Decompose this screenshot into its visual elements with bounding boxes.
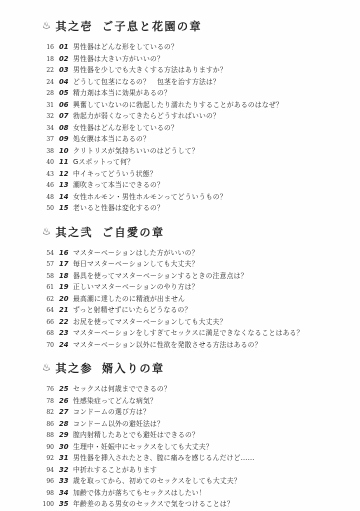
page-number: 32 xyxy=(42,111,54,123)
page-number: 96 xyxy=(42,476,54,488)
question-text: 潮吹きって本当にできるの？ xyxy=(73,180,164,192)
question-text: Gスポットって何？ xyxy=(73,157,134,169)
teapot-icon: ♨ xyxy=(42,20,52,33)
chapter-section: ♨ 其之壱 ご子息と花園の章 16 01 男性器はどんな形をしているの？ 18 … xyxy=(42,20,344,215)
toc-row[interactable]: 82 27 コンドームの選び方は？ xyxy=(42,407,344,419)
question-number: 07 xyxy=(59,111,70,123)
toc-row[interactable]: 76 25 セックスは何歳までできるの？ xyxy=(42,384,344,396)
question-text: 精力剤は本当に効果があるの？ xyxy=(73,88,171,100)
question-text: 生理中・妊娠中にセックスをしても大丈夫？ xyxy=(73,442,213,454)
page-number: 88 xyxy=(42,430,54,442)
question-number: 06 xyxy=(59,100,70,112)
question-number: 24 xyxy=(59,340,70,352)
toc-row[interactable]: 28 05 精力剤は本当に効果があるの？ xyxy=(42,88,344,100)
question-number: 17 xyxy=(59,259,70,271)
page-number: 50 xyxy=(42,203,54,215)
question-number: 15 xyxy=(59,203,70,215)
toc-row[interactable]: 62 20 最高潮に達したのに精液が出ません xyxy=(42,294,344,306)
page-number: 98 xyxy=(42,488,54,500)
toc-row[interactable]: 34 08 女性器はどんな形をしているの？ xyxy=(42,123,344,135)
question-number: 19 xyxy=(59,282,70,294)
toc-row[interactable]: 32 07 勃起力が弱くなってきたらどうすればいいの？ xyxy=(42,111,344,123)
page-number: 92 xyxy=(42,453,54,465)
question-text: 勃起力が弱くなってきたらどうすればいいの？ xyxy=(73,111,220,123)
toc-row[interactable]: 22 03 男性器を少しでも大きくする方法はありますか？ xyxy=(42,65,344,77)
page-number: 37 xyxy=(42,134,54,146)
toc-row[interactable]: 86 28 コンドーム以外の避妊法は？ xyxy=(42,419,344,431)
toc-row[interactable]: 98 34 加齢で体力が落ちてもセックスはしたい！ xyxy=(42,488,344,500)
page-number: 78 xyxy=(42,396,54,408)
question-text: 老いると性器は変化するの？ xyxy=(73,203,164,215)
toc-row[interactable]: 24 04 どうして包茎になるの？ 包茎を治す方法は？ xyxy=(42,77,344,89)
question-number: 25 xyxy=(59,384,70,396)
question-number: 26 xyxy=(59,396,70,408)
toc-row[interactable]: 100 35 年齢差のある男女のセックスで気をつけることは？ xyxy=(42,499,344,511)
page-number: 61 xyxy=(42,282,54,294)
table-of-contents: ♨ 其之壱 ご子息と花園の章 16 01 男性器はどんな形をしているの？ 18 … xyxy=(0,0,360,511)
chapter-header: ♨ 其之参 婿入りの章 xyxy=(42,362,344,375)
page-number: 24 xyxy=(42,77,54,89)
page-number: 40 xyxy=(42,157,54,169)
page-number: 62 xyxy=(42,294,54,306)
question-text: 正しいマスターベーションのやり方は？ xyxy=(73,282,199,294)
toc-row[interactable]: 94 32 中折れすることがあります xyxy=(42,465,344,477)
toc-row[interactable]: 57 17 毎日マスターベーションしても大丈夫？ xyxy=(42,259,344,271)
toc-row[interactable]: 31 06 興奮していないのに勃起したり濡れたりすることがあるのはなぜ？ xyxy=(42,100,344,112)
page-number: 66 xyxy=(42,317,54,329)
question-number: 09 xyxy=(59,134,70,146)
question-number: 18 xyxy=(59,271,70,283)
question-number: 33 xyxy=(59,476,70,488)
question-number: 02 xyxy=(59,54,70,66)
page-number: 16 xyxy=(42,42,54,54)
question-number: 12 xyxy=(59,169,70,181)
page-number: 94 xyxy=(42,465,54,477)
question-text: マスターベーション以外に性欲を発散させる方法はあるの？ xyxy=(73,340,262,352)
chapter-section: ♨ 其之弐 ご自愛の章 54 16 マスターベーションはした方がいいの？ 57 … xyxy=(42,226,344,352)
toc-row[interactable]: 37 09 処女膜は本当にあるの？ xyxy=(42,134,344,146)
toc-row[interactable]: 54 16 マスターベーションはした方がいいの？ xyxy=(42,248,344,260)
toc-row[interactable]: 78 26 性感染症ってどんな病気？ xyxy=(42,396,344,408)
question-list: 76 25 セックスは何歳までできるの？ 78 26 性感染症ってどんな病気？ … xyxy=(42,384,344,511)
question-number: 16 xyxy=(59,248,70,260)
question-number: 13 xyxy=(59,180,70,192)
question-number: 20 xyxy=(59,294,70,306)
question-text: 女性ホルモン・男性ホルモンってどういうもの？ xyxy=(73,192,227,204)
page-number: 48 xyxy=(42,192,54,204)
question-number: 28 xyxy=(59,419,70,431)
toc-row[interactable]: 66 22 お尻を使ってマスターベーションしても大丈夫？ xyxy=(42,317,344,329)
chapter-title: ご自愛の章 xyxy=(102,226,165,239)
question-number: 01 xyxy=(59,42,70,54)
teapot-icon: ♨ xyxy=(42,225,52,238)
question-number: 11 xyxy=(59,157,70,169)
question-list: 54 16 マスターベーションはした方がいいの？ 57 17 毎日マスターベーシ… xyxy=(42,248,344,352)
page-number: 18 xyxy=(42,54,54,66)
question-text: 男性器はどんな形をしているの？ xyxy=(73,42,178,54)
toc-row[interactable]: 70 24 マスターベーション以外に性欲を発散させる方法はあるの？ xyxy=(42,340,344,352)
page-number: 34 xyxy=(42,123,54,135)
question-text: コンドームの選び方は？ xyxy=(73,407,150,419)
toc-row[interactable]: 90 30 生理中・妊娠中にセックスをしても大丈夫？ xyxy=(42,442,344,454)
page-number: 22 xyxy=(42,65,54,77)
question-text: 性感染症ってどんな病気？ xyxy=(73,396,157,408)
toc-row[interactable]: 92 31 男性器を挿入されたとき、膣に痛みを感じるんだけど…… xyxy=(42,453,344,465)
page-number: 68 xyxy=(42,328,54,340)
page-number: 70 xyxy=(42,340,54,352)
question-text: 加齢で体力が落ちてもセックスはしたい！ xyxy=(73,488,206,500)
toc-row[interactable]: 58 18 器具を使ってマスターベーションするときの注意点は？ xyxy=(42,271,344,283)
chapter-part-label: 其之弐 xyxy=(55,226,93,239)
question-text: 興奮していないのに勃起したり濡れたりすることがあるのはなぜ？ xyxy=(73,100,283,112)
toc-row[interactable]: 96 33 歳を取ってから、初めてのセックスをしても大丈夫？ xyxy=(42,476,344,488)
toc-row[interactable]: 46 13 潮吹きって本当にできるの？ xyxy=(42,180,344,192)
question-text: 最高潮に達したのに精液が出ません xyxy=(73,294,185,306)
question-text: 中折れすることがあります xyxy=(73,465,157,477)
question-number: 08 xyxy=(59,123,70,135)
question-number: 21 xyxy=(59,305,70,317)
question-text: 男性器は大きい方がいいの？ xyxy=(73,54,164,66)
question-number: 32 xyxy=(59,465,70,477)
question-number: 03 xyxy=(59,65,70,77)
question-text: マスターベーションをしすぎてセックスに満足できなくなることはある？ xyxy=(73,328,304,340)
question-text: どうして包茎になるの？ 包茎を治す方法は？ xyxy=(73,77,220,89)
question-number: 35 xyxy=(59,499,70,511)
page-number: 64 xyxy=(42,305,54,317)
question-text: 膣内射精したあとでも避妊はできるの？ xyxy=(73,430,199,442)
question-number: 34 xyxy=(59,488,70,500)
question-text: 処女膜は本当にあるの？ xyxy=(73,134,150,146)
question-number: 04 xyxy=(59,77,70,89)
question-number: 29 xyxy=(59,430,70,442)
book-page: ♨ 其之壱 ご子息と花園の章 16 01 男性器はどんな形をしているの？ 18 … xyxy=(0,0,360,511)
page-number: 46 xyxy=(42,180,54,192)
page-number: 82 xyxy=(42,407,54,419)
page-number: 86 xyxy=(42,419,54,431)
toc-row[interactable]: 68 23 マスターベーションをしすぎてセックスに満足できなくなることはある？ xyxy=(42,328,344,340)
toc-row[interactable]: 88 29 膣内射精したあとでも避妊はできるの？ xyxy=(42,430,344,442)
toc-row[interactable]: 38 10 クリトリスが気持ちいいのはどうして？ xyxy=(42,146,344,158)
question-text: 中イキってどういう状態？ xyxy=(73,169,157,181)
question-number: 23 xyxy=(59,328,70,340)
question-number: 14 xyxy=(59,192,70,204)
toc-row[interactable]: 16 01 男性器はどんな形をしているの？ xyxy=(42,42,344,54)
toc-row[interactable]: 50 15 老いると性器は変化するの？ xyxy=(42,203,344,215)
question-text: クリトリスが気持ちいいのはどうして？ xyxy=(73,146,199,158)
page-number: 43 xyxy=(42,169,54,181)
chapter-section: ♨ 其之参 婿入りの章 76 25 セックスは何歳までできるの？ 78 26 性… xyxy=(42,362,344,511)
toc-row[interactable]: 64 21 ずっと射精せずにいたらどうなるの？ xyxy=(42,305,344,317)
question-list: 16 01 男性器はどんな形をしているの？ 18 02 男性器は大きい方がいいの… xyxy=(42,42,344,215)
toc-row[interactable]: 18 02 男性器は大きい方がいいの？ xyxy=(42,54,344,66)
question-text: 男性器を挿入されたとき、膣に痛みを感じるんだけど…… xyxy=(73,453,255,465)
question-text: 歳を取ってから、初めてのセックスをしても大丈夫？ xyxy=(73,476,241,488)
question-text: お尻を使ってマスターベーションしても大丈夫？ xyxy=(73,317,227,329)
question-text: 毎日マスターベーションしても大丈夫？ xyxy=(73,259,199,271)
question-text: ずっと射精せずにいたらどうなるの？ xyxy=(73,305,192,317)
question-text: コンドーム以外の避妊法は？ xyxy=(73,419,164,431)
chapter-part-label: 其之参 xyxy=(55,362,93,375)
page-number: 54 xyxy=(42,248,54,260)
page-number: 76 xyxy=(42,384,54,396)
page-number: 58 xyxy=(42,271,54,283)
toc-row[interactable]: 61 19 正しいマスターベーションのやり方は？ xyxy=(42,282,344,294)
toc-row[interactable]: 48 14 女性ホルモン・男性ホルモンってどういうもの？ xyxy=(42,192,344,204)
question-number: 05 xyxy=(59,88,70,100)
chapter-title: 婿入りの章 xyxy=(102,362,165,375)
question-text: 女性器はどんな形をしているの？ xyxy=(73,123,178,135)
question-number: 10 xyxy=(59,146,70,158)
chapter-part-label: 其之壱 xyxy=(55,20,93,33)
question-text: 器具を使ってマスターベーションするときの注意点は？ xyxy=(73,271,248,283)
question-text: 年齢差のある男女のセックスで気をつけることは？ xyxy=(73,499,234,511)
toc-row[interactable]: 43 12 中イキってどういう状態？ xyxy=(42,169,344,181)
page-number: 57 xyxy=(42,259,54,271)
question-text: セックスは何歳までできるの？ xyxy=(73,384,171,396)
page-number: 38 xyxy=(42,146,54,158)
question-number: 30 xyxy=(59,442,70,454)
page-number: 90 xyxy=(42,442,54,454)
question-text: 男性器を少しでも大きくする方法はありますか？ xyxy=(73,65,227,77)
question-number: 31 xyxy=(59,453,70,465)
page-number: 31 xyxy=(42,100,54,112)
toc-row[interactable]: 40 11 Gスポットって何？ xyxy=(42,157,344,169)
question-text: マスターベーションはした方がいいの？ xyxy=(73,248,199,260)
page-number: 28 xyxy=(42,88,54,100)
question-number: 27 xyxy=(59,407,70,419)
question-number: 22 xyxy=(59,317,70,329)
chapter-header: ♨ 其之壱 ご子息と花園の章 xyxy=(42,20,344,33)
page-number: 100 xyxy=(42,499,54,511)
chapter-title: ご子息と花園の章 xyxy=(102,20,202,33)
chapter-header: ♨ 其之弐 ご自愛の章 xyxy=(42,226,344,239)
teapot-icon: ♨ xyxy=(42,362,52,375)
